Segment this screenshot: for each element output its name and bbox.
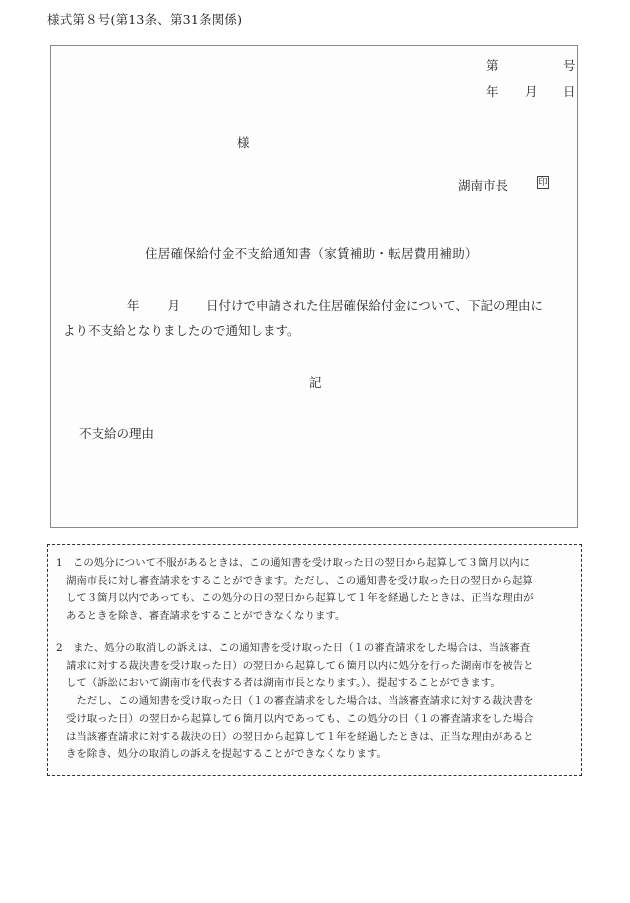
document-number-prefix: 第 xyxy=(486,56,499,74)
addressee-honorific: 様 xyxy=(237,133,250,151)
notice-1-line: 1 この処分について不服があるときは、この通知書を受け取った日の翌日から起算して… xyxy=(56,555,533,573)
date-month-label: 月 xyxy=(525,82,538,100)
document-number-suffix: 号 xyxy=(563,56,576,74)
body-line-1: 年月日付けで申請された住居確保給付金について、下記の理由に xyxy=(63,296,543,314)
notice-2-line: は当該審査請求に対する裁決の日）の翌日から起算して１年を経過したときは、正当な理… xyxy=(56,729,534,747)
notice-form-box xyxy=(50,45,578,528)
notice-1-line: して３箇月以内であっても、この処分の日の翌日から起算して１年を経過したときは、正… xyxy=(56,590,533,608)
body-line-2: より不支給となりましたので通知します。 xyxy=(63,321,300,339)
date-year-label: 年 xyxy=(486,82,499,100)
seal-icon: 印 xyxy=(537,176,549,189)
notice-1-line: 湖南市長に対し審査請求をすることができます。ただし、この通知書を受け取った日の翌… xyxy=(56,573,533,591)
notice-2-line: 2 また、処分の取消しの訴えは、この通知書を受け取った日（１の審査請求をした場合… xyxy=(56,640,534,658)
notice-1-line: あるときを除き、審査請求をすることができなくなります。 xyxy=(56,608,533,626)
body-month-label: 月 xyxy=(168,298,181,313)
document-title: 住居確保給付金不支給通知書（家賃補助・転居費用補助） xyxy=(145,244,478,262)
notice-item-2: 2 また、処分の取消しの訴えは、この通知書を受け取った日（１の審査請求をした場合… xyxy=(56,640,534,764)
notice-2-line: して（訴訟において湖南市を代表する者は湖南市長となります。）、提起することができ… xyxy=(56,675,534,693)
notice-2-line: 請求に対する裁決書を受け取った日）の翌日から起算して６箇月以内に処分を行った湖南… xyxy=(56,658,534,676)
date-day-label: 日 xyxy=(563,82,576,100)
form-number: 様式第８号(第13条、第31条関係) xyxy=(47,10,242,28)
issuer-name: 湖南市長 xyxy=(458,176,508,194)
notice-2-line: ただし、この通知書を受け取った日（１の審査請求をした場合は、当該審査請求に対する… xyxy=(56,693,534,711)
body-line-1-text: 日付けで申請された住居確保給付金について、下記の理由に xyxy=(206,298,543,313)
notice-2-line: 受け取った日）の翌日から起算して６箇月以内であっても、この処分の日（１の審査請求… xyxy=(56,711,534,729)
ki-heading: 記 xyxy=(309,373,322,391)
notice-item-1: 1 この処分について不服があるときは、この通知書を受け取った日の翌日から起算して… xyxy=(56,555,533,626)
body-year-label: 年 xyxy=(127,298,140,313)
reason-label: 不支給の理由 xyxy=(79,424,154,442)
notice-2-line: きを除き、処分の取消しの訴えを提起することができなくなります。 xyxy=(56,746,534,764)
